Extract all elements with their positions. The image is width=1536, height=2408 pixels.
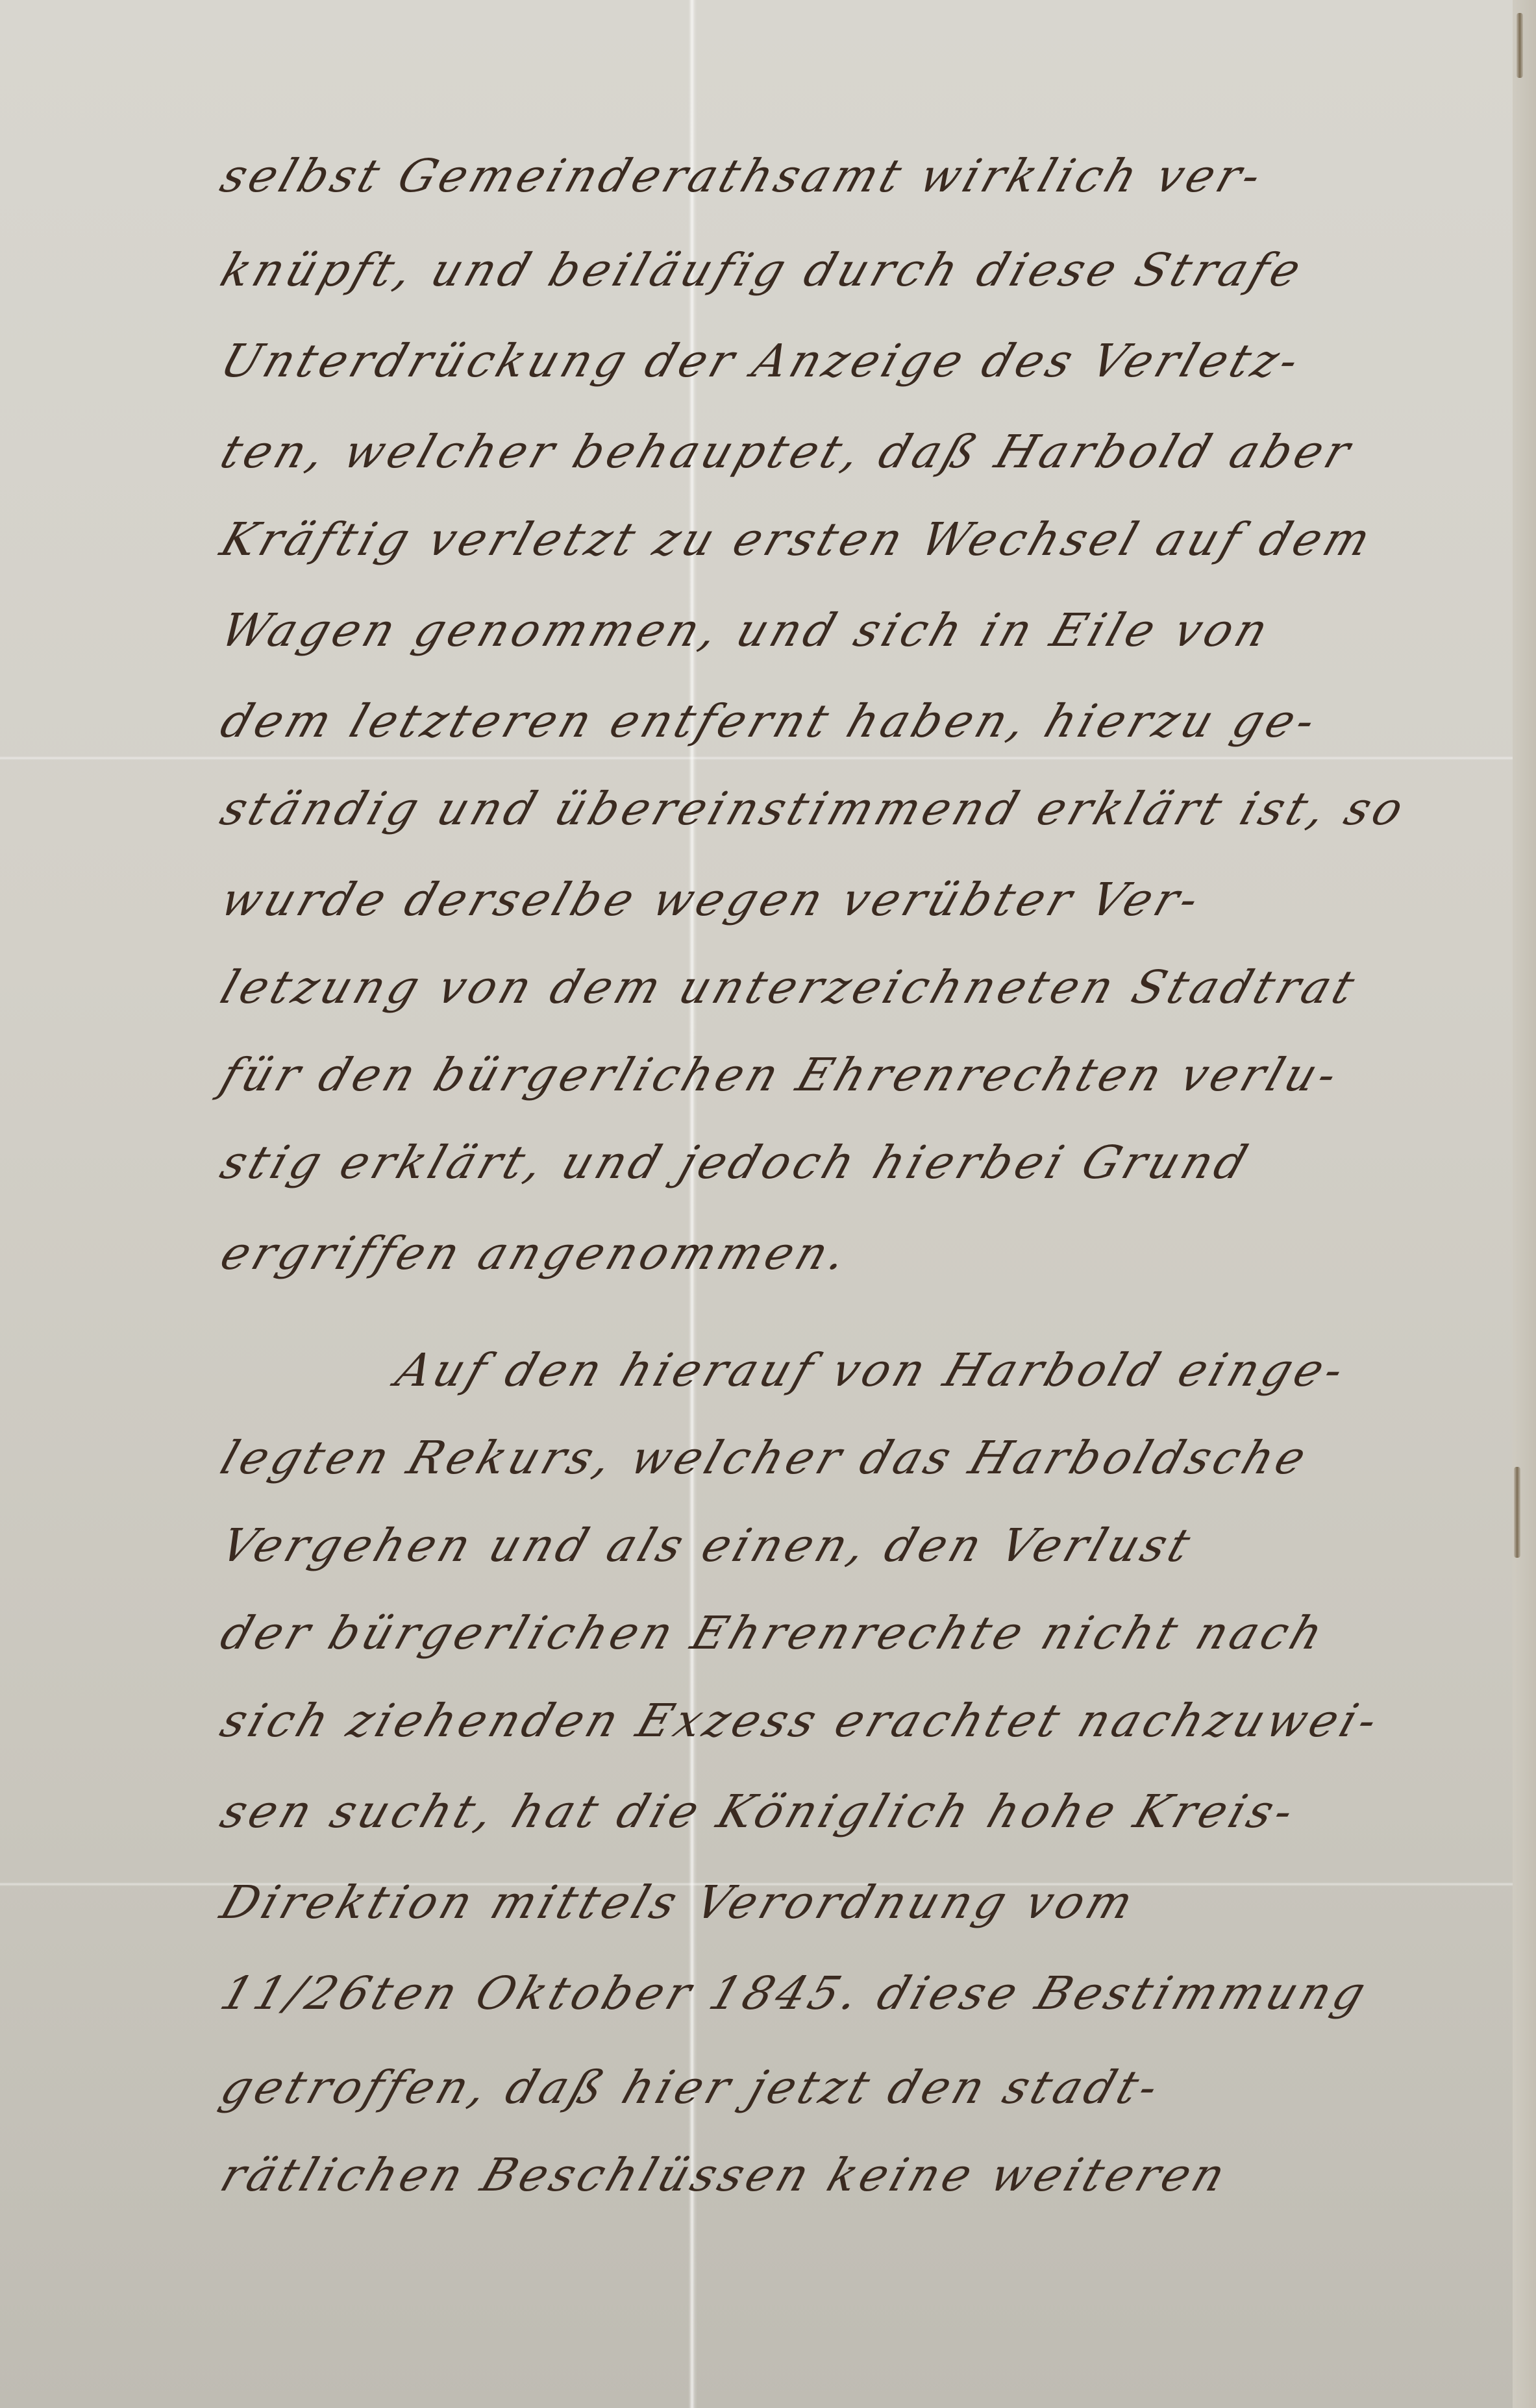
text-line: ergriffen angenommen. [214,1227,858,1280]
text-line: knüpft, und beiläufig durch diese Strafe [214,243,1311,297]
horizontal-fold-crease [0,756,1536,760]
date-line: 11/26ten Oktober 1845. diese Bestimmung [214,1967,1376,2020]
binding-edge-mark [1517,13,1523,78]
text-line: Wagen genommen, und sich in Eile von [214,604,1278,657]
text-line: sich ziehenden Exzess erachtet nachzuwei… [214,1694,1388,1747]
text-line: Kräftig verletzt zu ersten Wechsel auf d… [214,513,1381,566]
text-line: sen sucht, hat die Königlich hohe Kreis- [214,1785,1304,1838]
text-line: getroffen, daß hier jetzt den stadt- [214,2061,1169,2114]
text-line: legten Rekurs, welcher das Harboldsche [214,1431,1317,1484]
text-line: letzung von dem unterzeichneten Stadtrat [214,961,1365,1014]
page-right-edge [1513,0,1536,2408]
binding-edge-mark [1514,1467,1520,1558]
text-line: Vergehen und als einen, den Verlust [214,1519,1200,1572]
text-line: Unterdrückung der Anzeige des Verletz- [214,334,1309,387]
text-line: stig erklärt, und jedoch hierbei Grund [214,1136,1257,1189]
text-line: ten, welcher behauptet, daß Harbold aber [214,425,1361,478]
text-line: der bürgerlichen Ehrenrechte nicht nach [214,1606,1333,1660]
text-line: wurde derselbe wegen verübter Ver- [214,873,1209,926]
text-line: rätlichen Beschlüssen keine weiteren [214,2148,1235,2202]
paragraph-start-line: Auf den hierauf von Harbold einge- [390,1344,1354,1397]
text-line: selbst Gemeinderathsamt wirklich ver- [214,149,1272,203]
text-line: für den bürgerlichen Ehrenrechten verlu- [214,1048,1348,1101]
text-line: Direktion mittels Verordnung vom [214,1876,1143,1929]
text-line: ständig und übereinstimmend erklärt ist,… [214,782,1414,835]
document-page: selbst Gemeinderathsamt wirklich ver- kn… [0,0,1536,2408]
text-line: dem letzteren entfernt haben, hierzu ge- [214,694,1326,748]
